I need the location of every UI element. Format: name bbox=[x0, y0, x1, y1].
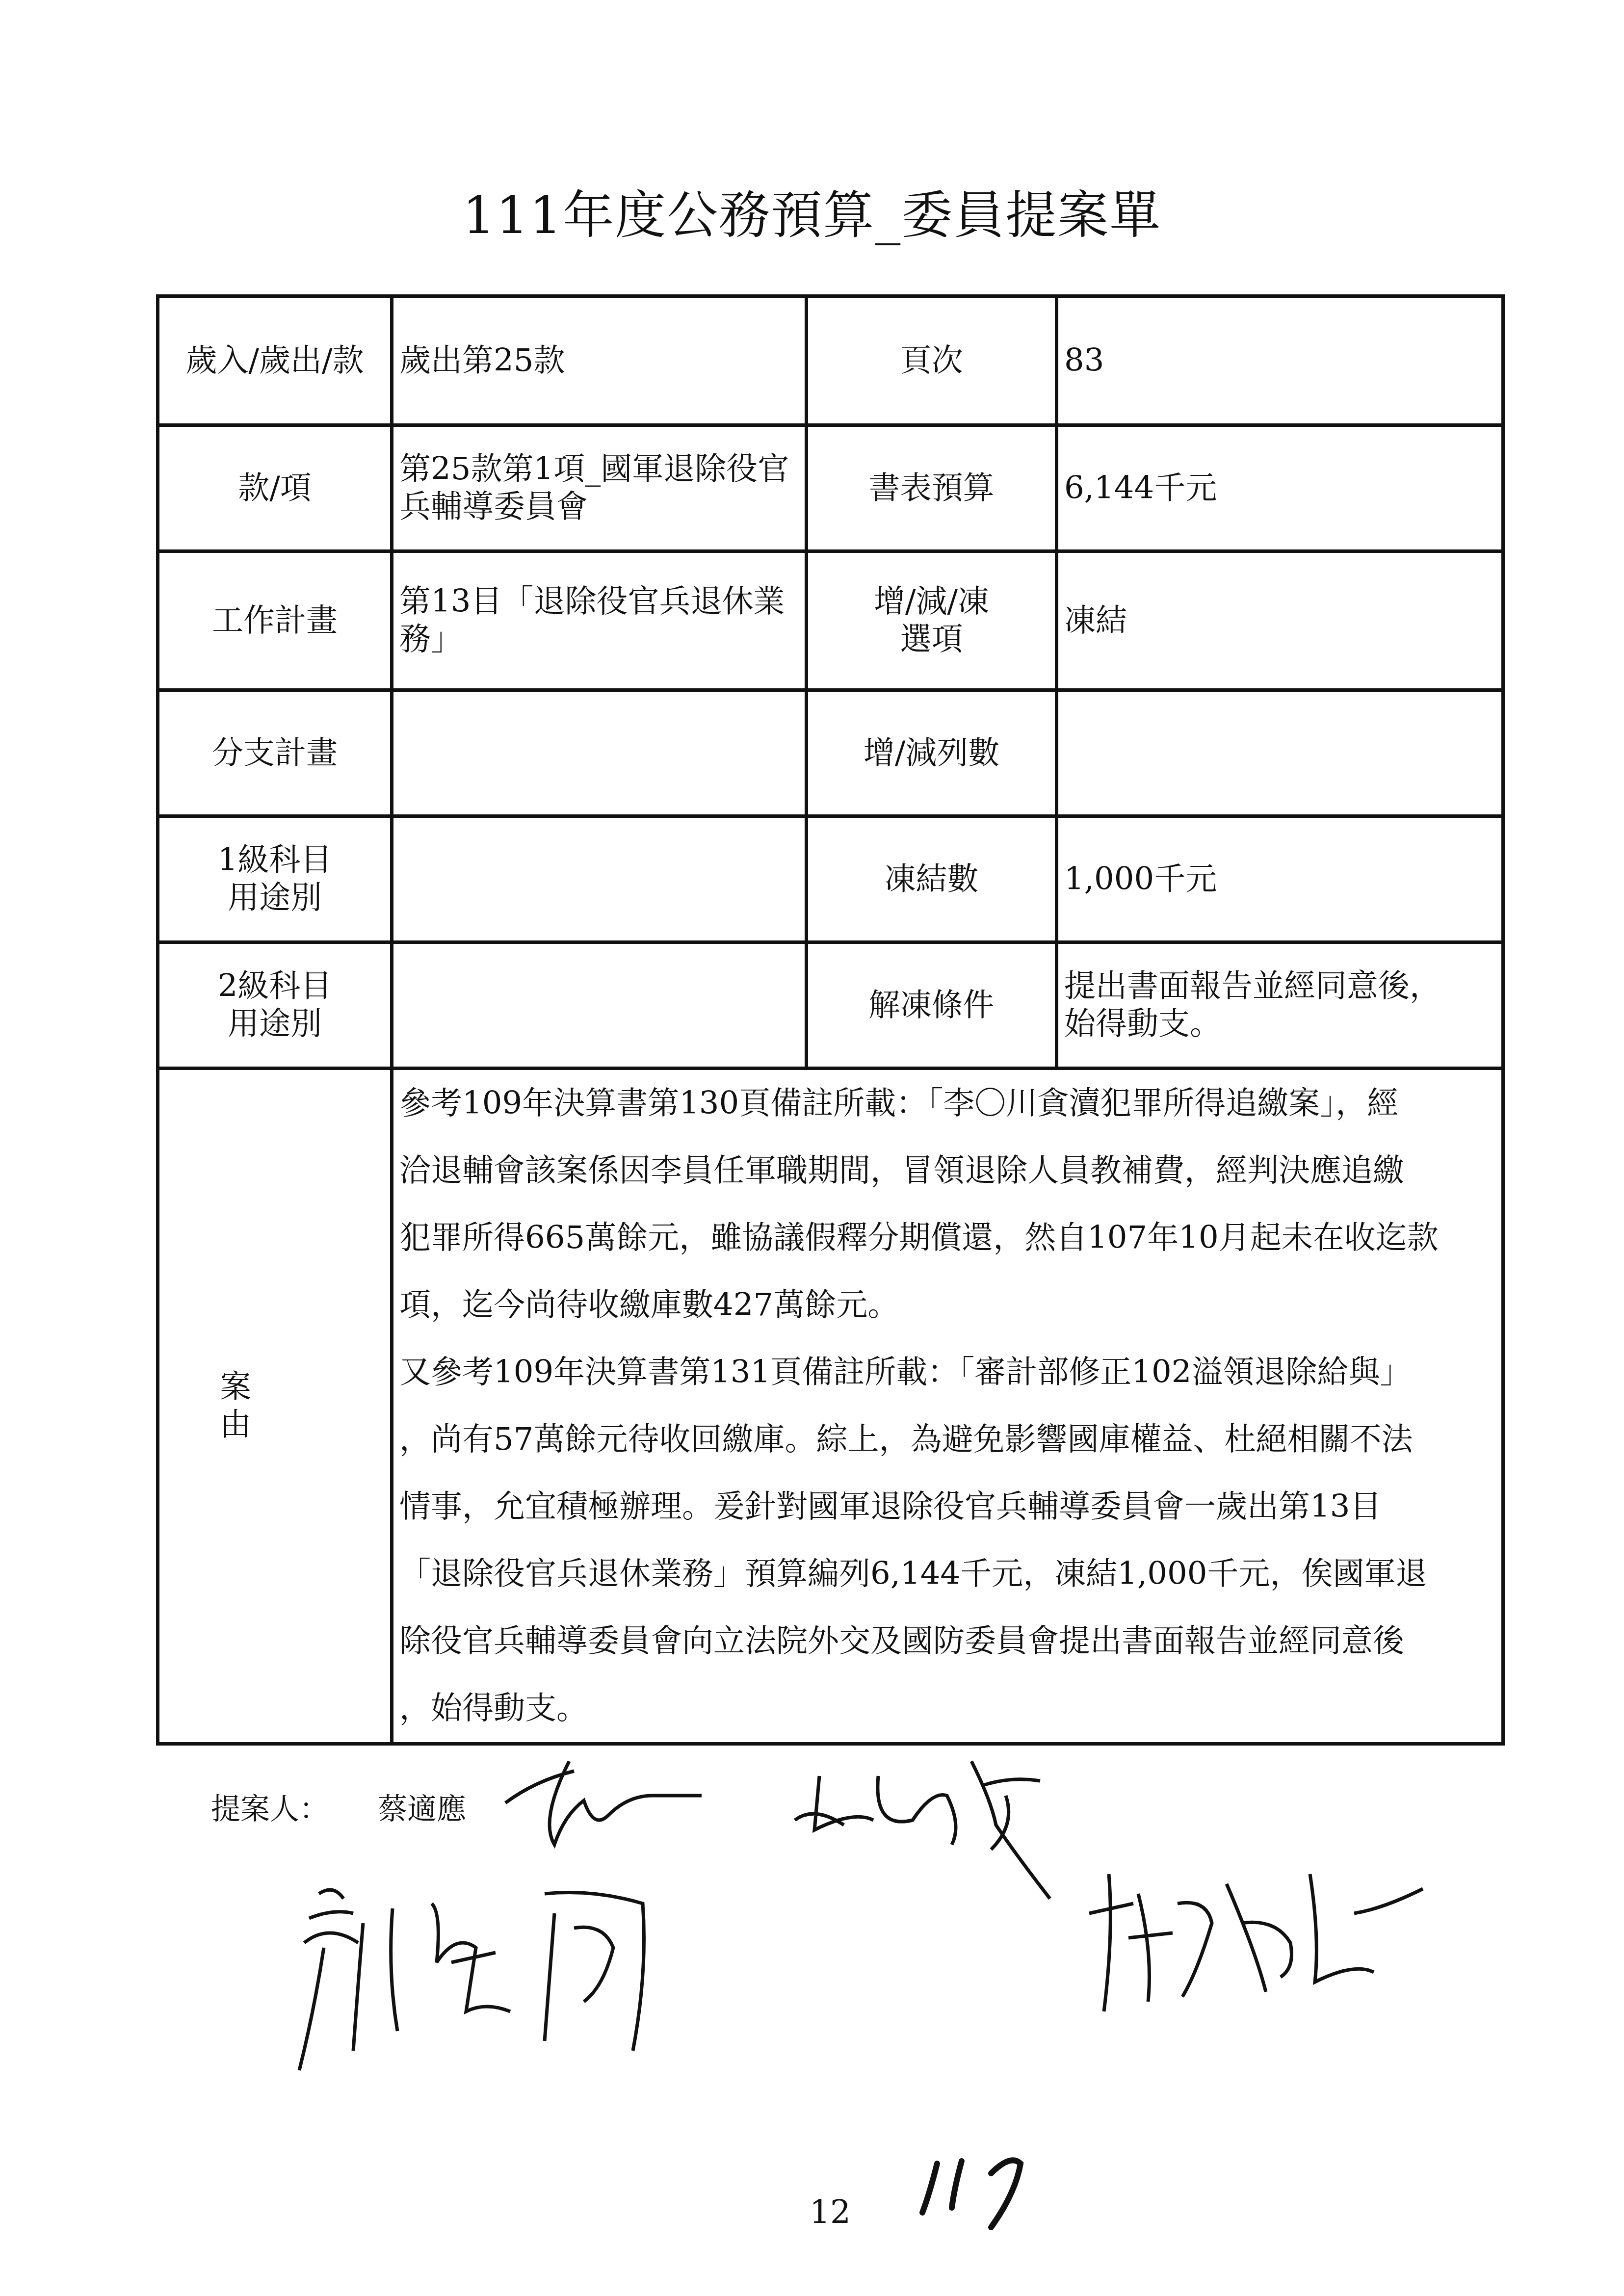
label-change-amount: 增/減列數 bbox=[807, 690, 1057, 816]
value-category: 歲出第25款 bbox=[392, 296, 807, 425]
document-title: 111年度公務預算_委員提案單 bbox=[0, 174, 1624, 248]
value-level1-subject bbox=[392, 816, 807, 942]
label-item: 款/項 bbox=[158, 425, 392, 551]
label-action-option-line2: 選項 bbox=[814, 621, 1049, 658]
signature-1 bbox=[496, 1761, 716, 1859]
label-page: 頁次 bbox=[807, 296, 1057, 425]
value-work-plan: 第13目「退除役官兵退休業 務」 bbox=[392, 551, 807, 690]
reason-line: 參考109年決算書第130頁備註所載：「李〇川貪瀆犯罪所得追繳案」，經 bbox=[399, 1070, 1495, 1137]
form-row-reason: 案由 參考109年決算書第130頁備註所載：「李〇川貪瀆犯罪所得追繳案」，經 洽… bbox=[158, 1069, 1503, 1744]
form-row-level1-subject: 1級科目 用途別 凍結數 1,000千元 bbox=[158, 816, 1503, 942]
value-item: 第25款第1項_國軍退除役官 兵輔導委員會 bbox=[392, 425, 807, 551]
label-level1-subject-line2: 用途別 bbox=[165, 879, 384, 917]
label-level2-subject: 2級科目 用途別 bbox=[158, 942, 392, 1069]
value-branch-plan bbox=[392, 690, 807, 816]
value-unfreeze-condition: 提出書面報告並經同意後， 始得動支。 bbox=[1057, 942, 1503, 1069]
proposer-label: 提案人： bbox=[211, 1786, 329, 1828]
value-frozen-amount: 1,000千元 bbox=[1057, 816, 1503, 942]
signature-2 bbox=[785, 1747, 1079, 1908]
reason-line: 「退除役官兵退休業務」預算編列6,144千元，凍結1,000千元，俟國軍退 bbox=[399, 1540, 1495, 1608]
reason-line: 情事，允宜積極辦理。爰針對國軍退除役官兵輔導委員會一歲出第13目 bbox=[399, 1473, 1495, 1540]
label-branch-plan: 分支計畫 bbox=[158, 690, 392, 816]
label-level2-subject-line1: 2級科目 bbox=[165, 967, 384, 1005]
value-change-amount bbox=[1057, 690, 1503, 816]
form-row-branch-plan: 分支計畫 增/減列數 bbox=[158, 690, 1503, 816]
proposal-form-table: 歲入/歲出/款 歲出第25款 頁次 83 款/項 第25款第1項_國軍退除役官 … bbox=[156, 294, 1505, 1746]
reason-line: ，始得動支。 bbox=[399, 1675, 1495, 1742]
reason-line: ，尚有57萬餘元待收回繳庫。綜上，為避免影響國庫權益、杜絕相關不法 bbox=[399, 1406, 1495, 1473]
signature-4 bbox=[1079, 1854, 1433, 2016]
proposer-name: 蔡適應 bbox=[378, 1786, 466, 1828]
form-row-budget-category: 歲入/歲出/款 歲出第25款 頁次 83 bbox=[158, 296, 1503, 425]
label-category: 歲入/歲出/款 bbox=[158, 296, 392, 425]
reason-line: 又參考109年決算書第131頁備註所載：「審計部修正102溢領退除給與」 bbox=[399, 1339, 1495, 1406]
value-item-line1: 第25款第1項_國軍退除役官 bbox=[399, 450, 799, 488]
label-level1-subject: 1級科目 用途別 bbox=[158, 816, 392, 942]
form-row-item: 款/項 第25款第1項_國軍退除役官 兵輔導委員會 書表預算 6,144千元 bbox=[158, 425, 1503, 551]
signature-3 bbox=[289, 1874, 692, 2080]
label-action-option: 增/減/凍 選項 bbox=[807, 551, 1057, 690]
reason-line: 犯罪所得665萬餘元，雖協議假釋分期償還，然自107年10月起未在收迄款 bbox=[399, 1204, 1495, 1272]
label-unfreeze-condition: 解凍條件 bbox=[807, 942, 1057, 1069]
value-unfreeze-condition-line1: 提出書面報告並經同意後， bbox=[1064, 967, 1495, 1005]
value-budget: 6,144千元 bbox=[1057, 425, 1503, 551]
label-action-option-line1: 增/減/凍 bbox=[814, 583, 1049, 621]
reason-line: 洽退輔會該案係因李員任軍職期間，冒領退除人員教補費，經判決應追繳 bbox=[399, 1137, 1495, 1204]
value-unfreeze-condition-line2: 始得動支。 bbox=[1064, 1005, 1495, 1043]
value-page: 83 bbox=[1057, 296, 1503, 425]
label-level1-subject-line1: 1級科目 bbox=[165, 841, 384, 879]
value-work-plan-line2: 務」 bbox=[399, 621, 799, 658]
value-action-option: 凍結 bbox=[1057, 551, 1503, 690]
label-work-plan: 工作計畫 bbox=[158, 551, 392, 690]
label-frozen-amount: 凍結數 bbox=[807, 816, 1057, 942]
value-work-plan-line1: 第13目「退除役官兵退休業 bbox=[399, 583, 799, 621]
reason-line: 除役官兵輔導委員會向立法院外交及國防委員會提出書面報告並經同意後 bbox=[399, 1608, 1495, 1675]
label-reason: 案由 bbox=[158, 1069, 392, 1744]
reason-text: 參考109年決算書第130頁備註所載：「李〇川貪瀆犯罪所得追繳案」，經 洽退輔會… bbox=[392, 1069, 1503, 1744]
form-row-level2-subject: 2級科目 用途別 解凍條件 提出書面報告並經同意後， 始得動支。 bbox=[158, 942, 1503, 1069]
handwritten-page-number bbox=[917, 2154, 1045, 2232]
page-number: 12 bbox=[810, 2193, 851, 2231]
value-item-line2: 兵輔導委員會 bbox=[399, 488, 799, 526]
label-budget: 書表預算 bbox=[807, 425, 1057, 551]
reason-line: 項，迄今尚待收繳庫數427萬餘元。 bbox=[399, 1272, 1495, 1339]
value-level2-subject bbox=[392, 942, 807, 1069]
form-row-work-plan: 工作計畫 第13目「退除役官兵退休業 務」 增/減/凍 選項 凍結 bbox=[158, 551, 1503, 690]
label-level2-subject-line2: 用途別 bbox=[165, 1005, 384, 1043]
